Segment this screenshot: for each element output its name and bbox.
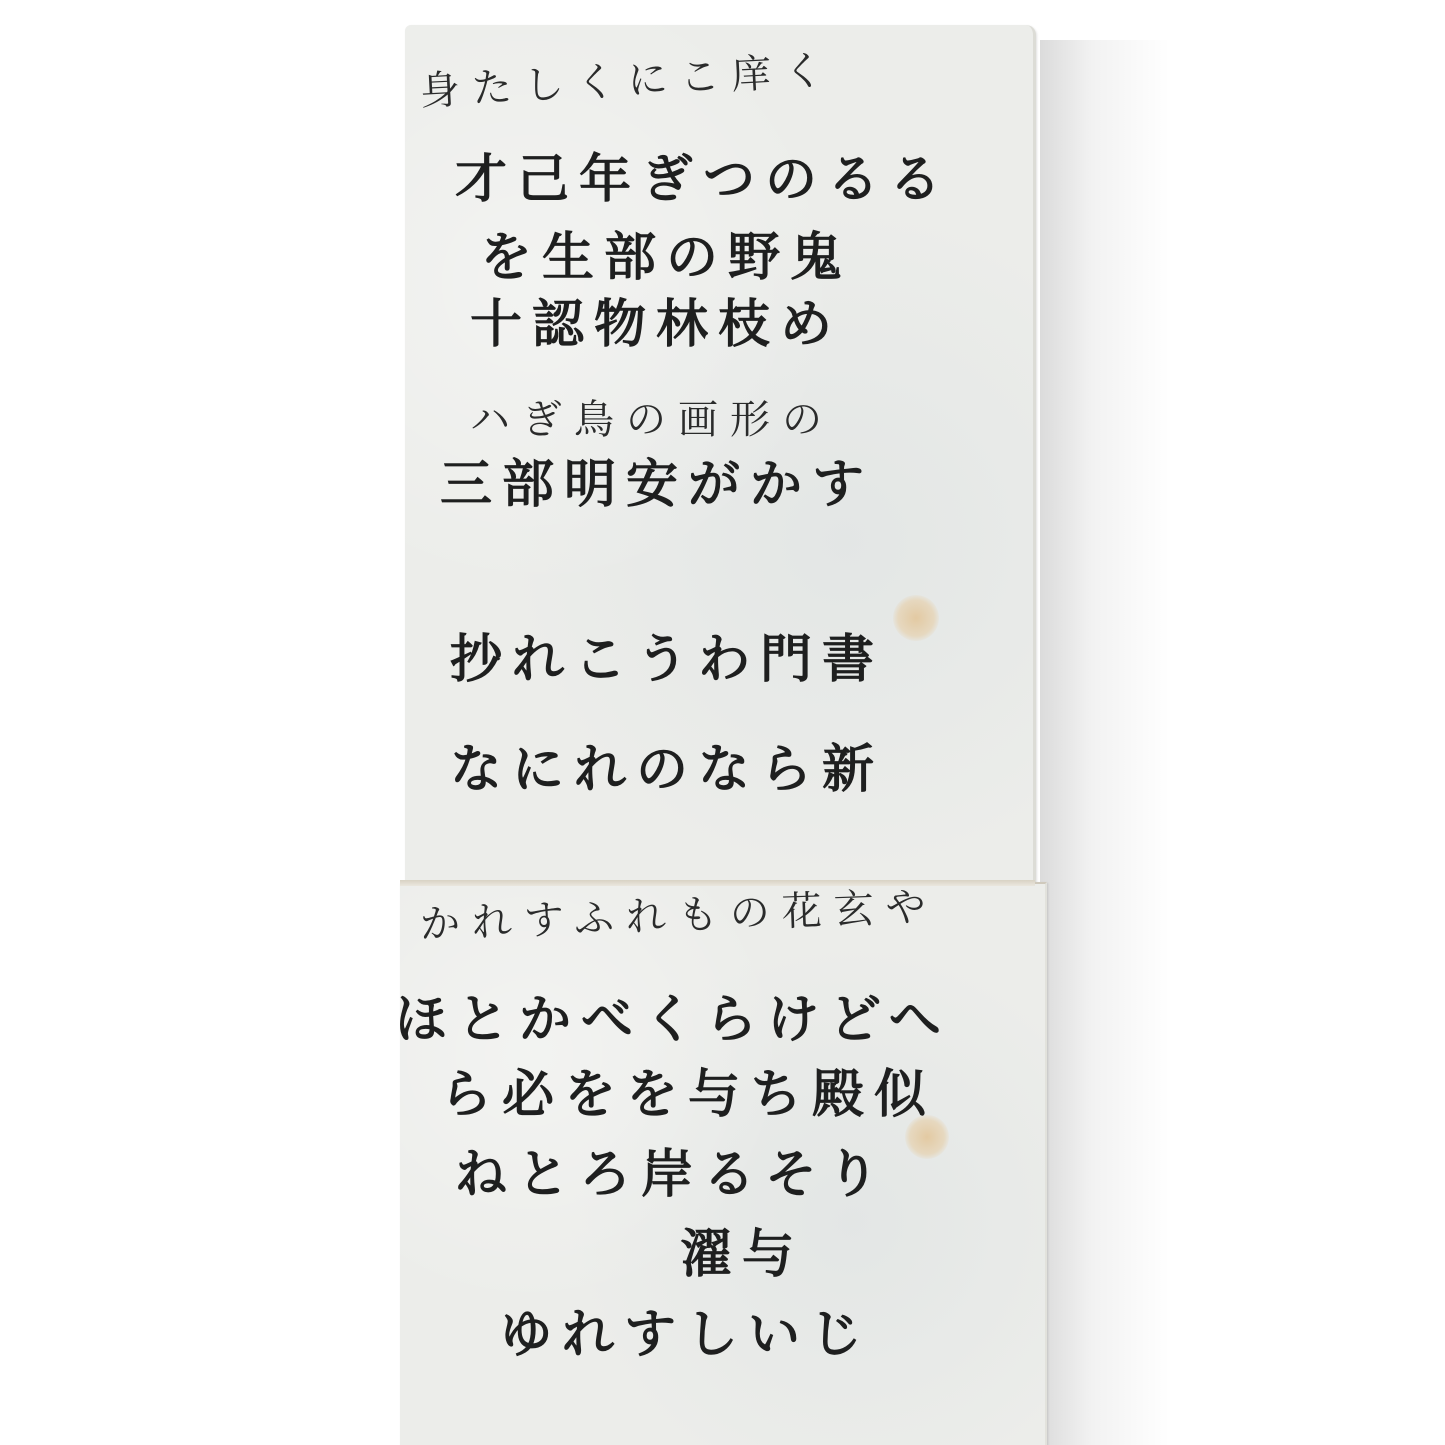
- manuscript-row: ほとかべくらけどへ: [395, 990, 951, 1050]
- manuscript-row: を生部の野鬼: [480, 228, 852, 288]
- manuscript-row: 十認物林枝め: [470, 295, 842, 355]
- stain-upper: [893, 595, 939, 641]
- manuscript-row: 抄れこうわ門書: [450, 630, 884, 690]
- manuscript-row: なにれのなら新: [450, 740, 884, 800]
- manuscript-row: 三部明安がかす: [440, 455, 874, 515]
- manuscript-row: ハぎ鳥の画形の: [470, 390, 834, 450]
- page-shadow: [1040, 40, 1170, 1445]
- manuscript-row: ら必をを与ち殿似: [440, 1065, 936, 1125]
- manuscript-row: 濯与: [680, 1225, 804, 1285]
- manuscript-row: ねとろ岸るそり: [455, 1145, 889, 1205]
- manuscript-row: 才己年ぎつのるる: [455, 150, 951, 210]
- manuscript-row: ゆれすしいじ: [500, 1305, 872, 1365]
